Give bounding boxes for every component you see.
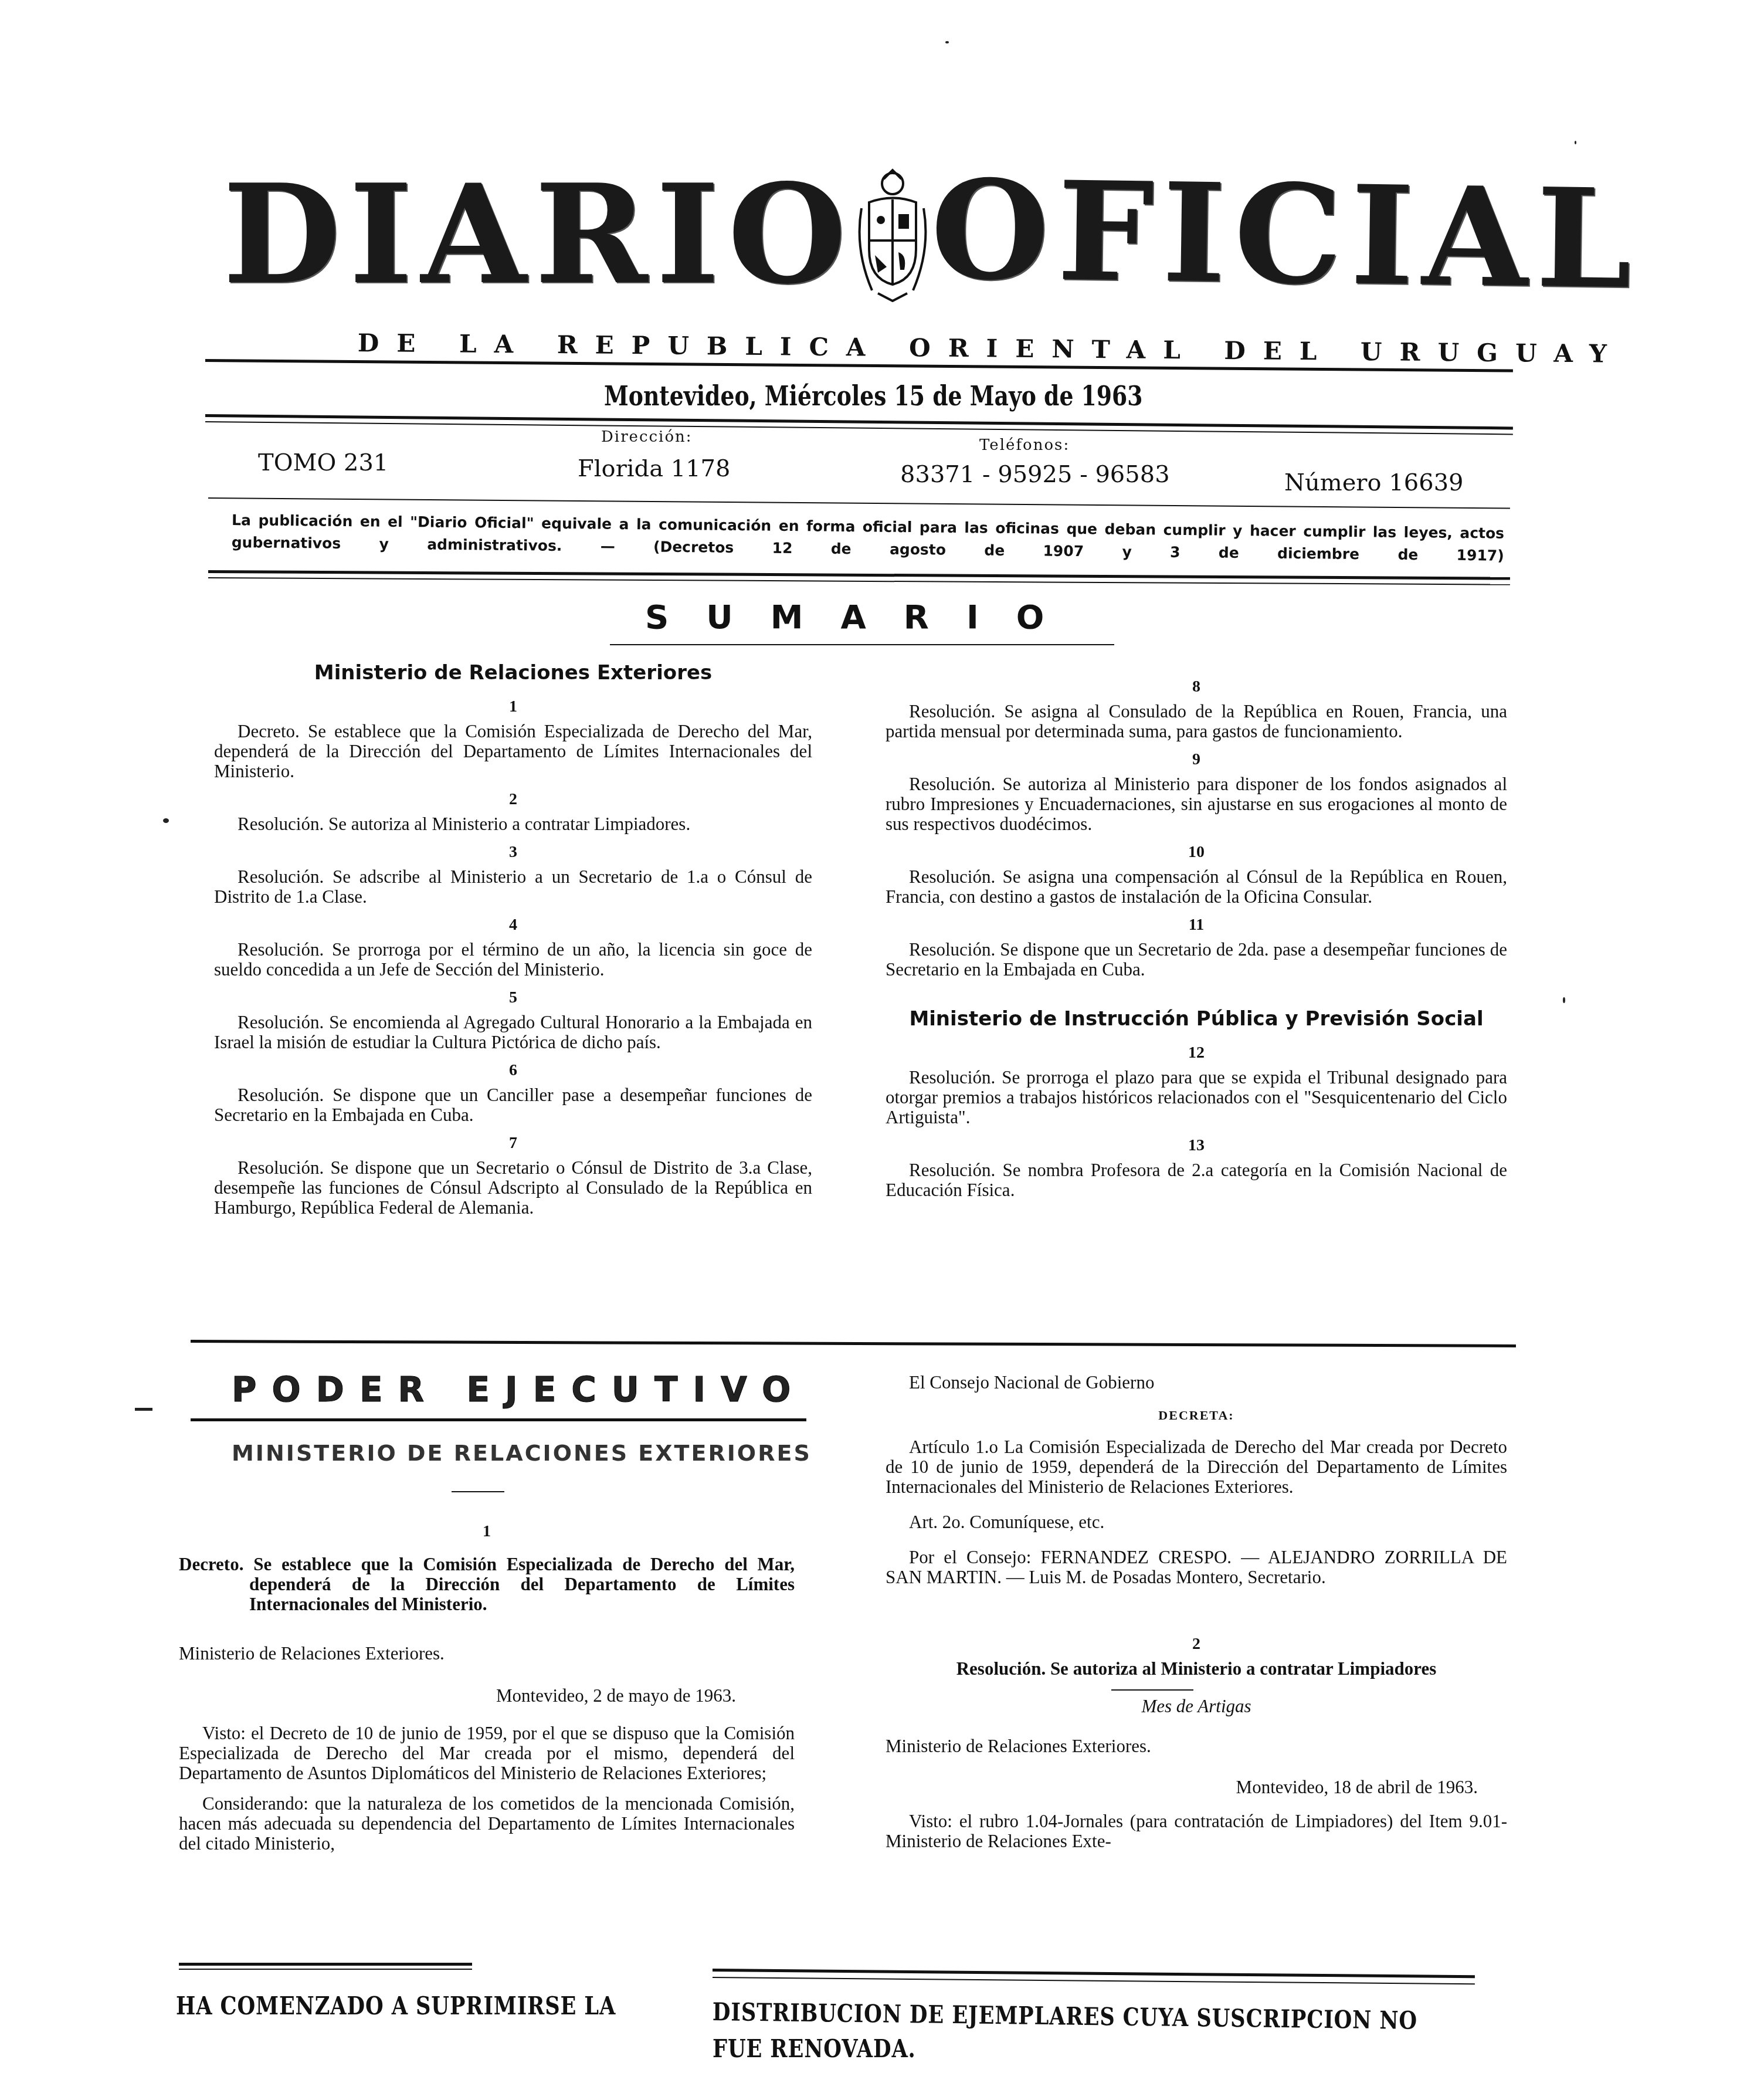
- poder-left-column: 1 Decreto. Se establece que la Comisión …: [179, 1513, 795, 1854]
- masthead-title-left: DIARIO: [223, 167, 854, 303]
- item-number: 2: [214, 790, 812, 809]
- divider: [452, 1491, 504, 1492]
- divider: [713, 1969, 1475, 1978]
- resolution-date: Montevideo, 18 de abril de 1963.: [886, 1777, 1507, 1797]
- divider: [208, 497, 1510, 509]
- scan-speck: [163, 818, 169, 823]
- divider: [191, 1418, 806, 1421]
- sumario-item: 10Resolución. Se asigna una compensación…: [886, 842, 1507, 907]
- divider: [179, 1969, 472, 1970]
- item-text: Resolución. Se dispone que un Secretario…: [886, 940, 1507, 980]
- scan-speck: [945, 41, 949, 43]
- item-text: Resolución. Se autoriza al Ministerio a …: [214, 814, 812, 834]
- footer-notice-line2: FUE RENOVADA.: [713, 2034, 916, 2063]
- scan-speck: [1563, 997, 1565, 1003]
- item-number: 6: [214, 1061, 812, 1081]
- decree-summary: Decreto. Se establece que la Comisión Es…: [179, 1554, 795, 1614]
- resolution-summary: Resolución. Se autoriza al Ministerio a …: [886, 1659, 1507, 1679]
- item-text: Resolución. Se prorroga el plazo para qu…: [886, 1068, 1507, 1127]
- item-text: Resolución. Se encomienda al Agregado Cu…: [214, 1012, 812, 1052]
- mes-de-artigas: Mes de Artigas: [886, 1696, 1507, 1716]
- item-text: Resolución. Se autoriza al Ministerio pa…: [886, 774, 1507, 834]
- ministry-line: Ministerio de Relaciones Exteriores.: [179, 1644, 795, 1664]
- item-number: 7: [214, 1133, 812, 1153]
- item-text: Decreto. Se establece que la Comisión Es…: [214, 722, 812, 781]
- visto-paragraph: Visto: el Decreto de 10 de junio de 1959…: [179, 1723, 795, 1783]
- divider: [179, 1963, 472, 1966]
- decreta-label: DECRETA:: [886, 1405, 1507, 1425]
- sumario-heading: SUMARIO: [645, 598, 1081, 636]
- sumario-item: 2Resolución. Se autoriza al Ministerio a…: [214, 790, 812, 834]
- item-number: 12: [886, 1043, 1507, 1063]
- section-title: Ministerio de Relaciones Exteriores: [214, 663, 812, 683]
- ministry-line: Ministerio de Relaciones Exteriores.: [886, 1736, 1507, 1756]
- considerando-paragraph: Considerando: que la naturaleza de los c…: [179, 1794, 795, 1854]
- item-text: Resolución. Se asigna una compensación a…: [886, 867, 1507, 907]
- telefonos-value: 83371 - 95925 - 96583: [900, 461, 1170, 488]
- scan-speck: [135, 1408, 152, 1411]
- masthead-subtitle: DE LA REPUBLICA ORIENTAL DEL URUGUAY: [358, 328, 1384, 366]
- item-text: Resolución. Se asigna al Consulado de la…: [886, 702, 1507, 741]
- sumario-item: 6Resolución. Se dispone que un Canciller…: [214, 1061, 812, 1125]
- poder-right-column: El Consejo Nacional de Gobierno DECRETA:…: [886, 1373, 1507, 1851]
- coat-of-arms-icon: [854, 167, 931, 302]
- footer-notice-line1-right: DISTRIBUCION DE EJEMPLARES CUYA SUSCRIPC…: [713, 1997, 1417, 2035]
- article-1: Artículo 1.o La Comisión Especializada d…: [886, 1437, 1507, 1497]
- signatures: Por el Consejo: FERNANDEZ CRESPO. — ALEJ…: [886, 1547, 1507, 1587]
- section-title-2: Ministerio de Instrucción Pública y Prev…: [886, 1009, 1507, 1029]
- item-number: 3: [214, 842, 812, 862]
- article-2: Art. 2o. Comuníquese, etc.: [886, 1512, 1507, 1532]
- item-text: Resolución. Se dispone que un Secretario…: [214, 1158, 812, 1218]
- sumario-item: 12Resolución. Se prorroga el plazo para …: [886, 1043, 1507, 1127]
- item-number: 13: [886, 1136, 1507, 1156]
- item-number: 11: [886, 915, 1507, 935]
- sumario-item: 8Resolución. Se asigna al Consulado de l…: [886, 677, 1507, 741]
- item-text: Resolución. Se nombra Profesora de 2.a c…: [886, 1160, 1507, 1200]
- item-number: 9: [886, 750, 1507, 770]
- scan-speck: [1575, 141, 1576, 144]
- telefonos-label: Teléfonos:: [979, 436, 1070, 454]
- poder-ejecutivo-heading: PODER EJECUTIVO: [232, 1370, 806, 1410]
- decree-date: Montevideo, 2 de mayo de 1963.: [179, 1686, 795, 1706]
- ministry-heading: MINISTERIO DE RELACIONES EXTERIORES: [232, 1440, 812, 1466]
- sumario-item: 4Resolución. Se prorroga por el término …: [214, 915, 812, 980]
- footer-notice-line1-left: HA COMENZADO A SUPRIMIRSE LA: [176, 1991, 616, 2020]
- item-number: 2: [886, 1634, 1507, 1654]
- sumario-left-column: Ministerio de Relaciones Exteriores 1Dec…: [214, 663, 812, 1221]
- sumario-right-column: 8Resolución. Se asigna al Consulado de l…: [886, 669, 1507, 1204]
- sumario-item: 1Decreto. Se establece que la Comisión E…: [214, 697, 812, 781]
- sumario-item: 9Resolución. Se autoriza al Ministerio p…: [886, 750, 1507, 834]
- sumario-item: 5Resolución. Se encomienda al Agregado C…: [214, 988, 812, 1052]
- item-text: Resolución. Se adscribe al Ministerio a …: [214, 867, 812, 907]
- item-text: Resolución. Se dispone que un Canciller …: [214, 1085, 812, 1125]
- direccion-value: Florida 1178: [578, 455, 731, 482]
- item-number: 5: [214, 988, 812, 1008]
- direccion-label: Dirección:: [601, 428, 693, 446]
- divider: [1111, 1689, 1193, 1691]
- consejo-line: El Consejo Nacional de Gobierno: [886, 1373, 1507, 1393]
- item-number: 4: [214, 915, 812, 935]
- masthead-title: DIARIO OFICIAL: [223, 167, 1536, 302]
- sumario-item: 11Resolución. Se dispone que un Secretar…: [886, 915, 1507, 980]
- sumario-right-items: 8Resolución. Se asigna al Consulado de l…: [886, 677, 1507, 980]
- item-number: 1: [214, 697, 812, 717]
- divider: [610, 644, 1114, 645]
- sumario-right-items-2: 12Resolución. Se prorroga el plazo para …: [886, 1043, 1507, 1200]
- sumario-left-items: 1Decreto. Se establece que la Comisión E…: [214, 697, 812, 1218]
- item-text: Resolución. Se prorroga por el término d…: [214, 940, 812, 980]
- visto-paragraph: Visto: el rubro 1.04-Jornales (para cont…: [886, 1811, 1507, 1851]
- issue-date: Montevideo, Miércoles 15 de Mayo de 1963: [604, 380, 1143, 412]
- tomo: TOMO 231: [258, 449, 388, 476]
- sumario-item: 13Resolución. Se nombra Profesora de 2.a…: [886, 1136, 1507, 1200]
- sumario-item: 7Resolución. Se dispone que un Secretari…: [214, 1133, 812, 1218]
- masthead-title-right: OFICIAL: [930, 162, 1641, 308]
- item-number: 8: [886, 677, 1507, 697]
- sumario-item: 3Resolución. Se adscribe al Ministerio a…: [214, 842, 812, 907]
- divider: [713, 1977, 1475, 1984]
- divider: [191, 1340, 1516, 1347]
- legal-notice: La publicación en el "Diario Oficial" eq…: [232, 509, 1505, 567]
- item-number: 1: [179, 1522, 795, 1542]
- item-number: 10: [886, 842, 1507, 862]
- numero: Número 16639: [1284, 469, 1464, 496]
